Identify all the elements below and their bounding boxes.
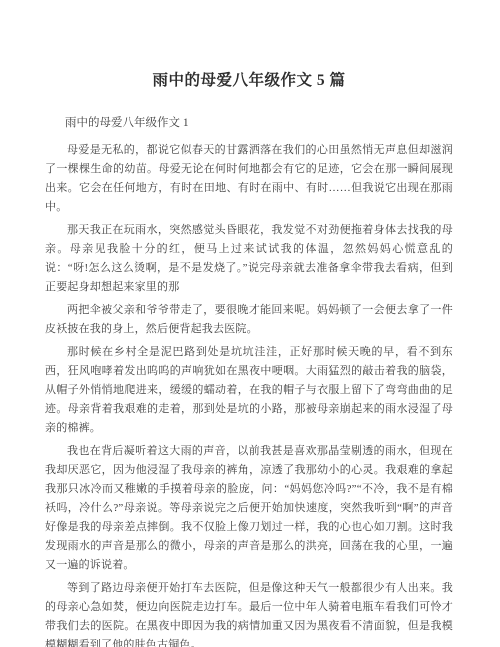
- paragraphs-container: 母爱是无私的，都说它似春天的甘露洒落在我们的心田虽然悄无声息但却滋润了一棵棵生命…: [45, 141, 453, 647]
- essay-paragraph: 母爱是无私的，都说它似春天的甘露洒落在我们的心田虽然悄无声息但却滋润了一棵棵生命…: [45, 141, 453, 217]
- essay-paragraph: 那天我正在玩雨水，突然感觉头昏眼花，我发觉不对劲便拖着身体去找我的母亲。母亲见我…: [45, 221, 453, 297]
- document-page: 雨中的母爱八年级作文 5 篇 雨中的母爱八年级作文 1 母爱是无私的，都说它似春…: [0, 0, 500, 647]
- document-title: 雨中的母爱八年级作文 5 篇: [45, 70, 453, 92]
- essay-paragraph: 等到了路边母亲便开始打车去医院，但是像这种天气一般都很少有人出来。我的母亲心急如…: [45, 579, 453, 647]
- essay-paragraph: 我也在背后凝听着这大雨的声音，以前我甚是喜欢那晶莹剔透的雨水，但现在我却厌恶它，…: [45, 442, 453, 575]
- essay-paragraph: 那时候在乡村全是泥巴路到处是坑坑洼洼，正好那时候天晚的早，看不到东西，狂风咆哮着…: [45, 343, 453, 438]
- section-heading: 雨中的母爱八年级作文 1: [45, 114, 453, 133]
- essay-paragraph: 两把伞被父亲和爷爷带走了，要很晚才能回来呢。妈妈顿了一会便去拿了一件皮袄披在我的…: [45, 301, 453, 339]
